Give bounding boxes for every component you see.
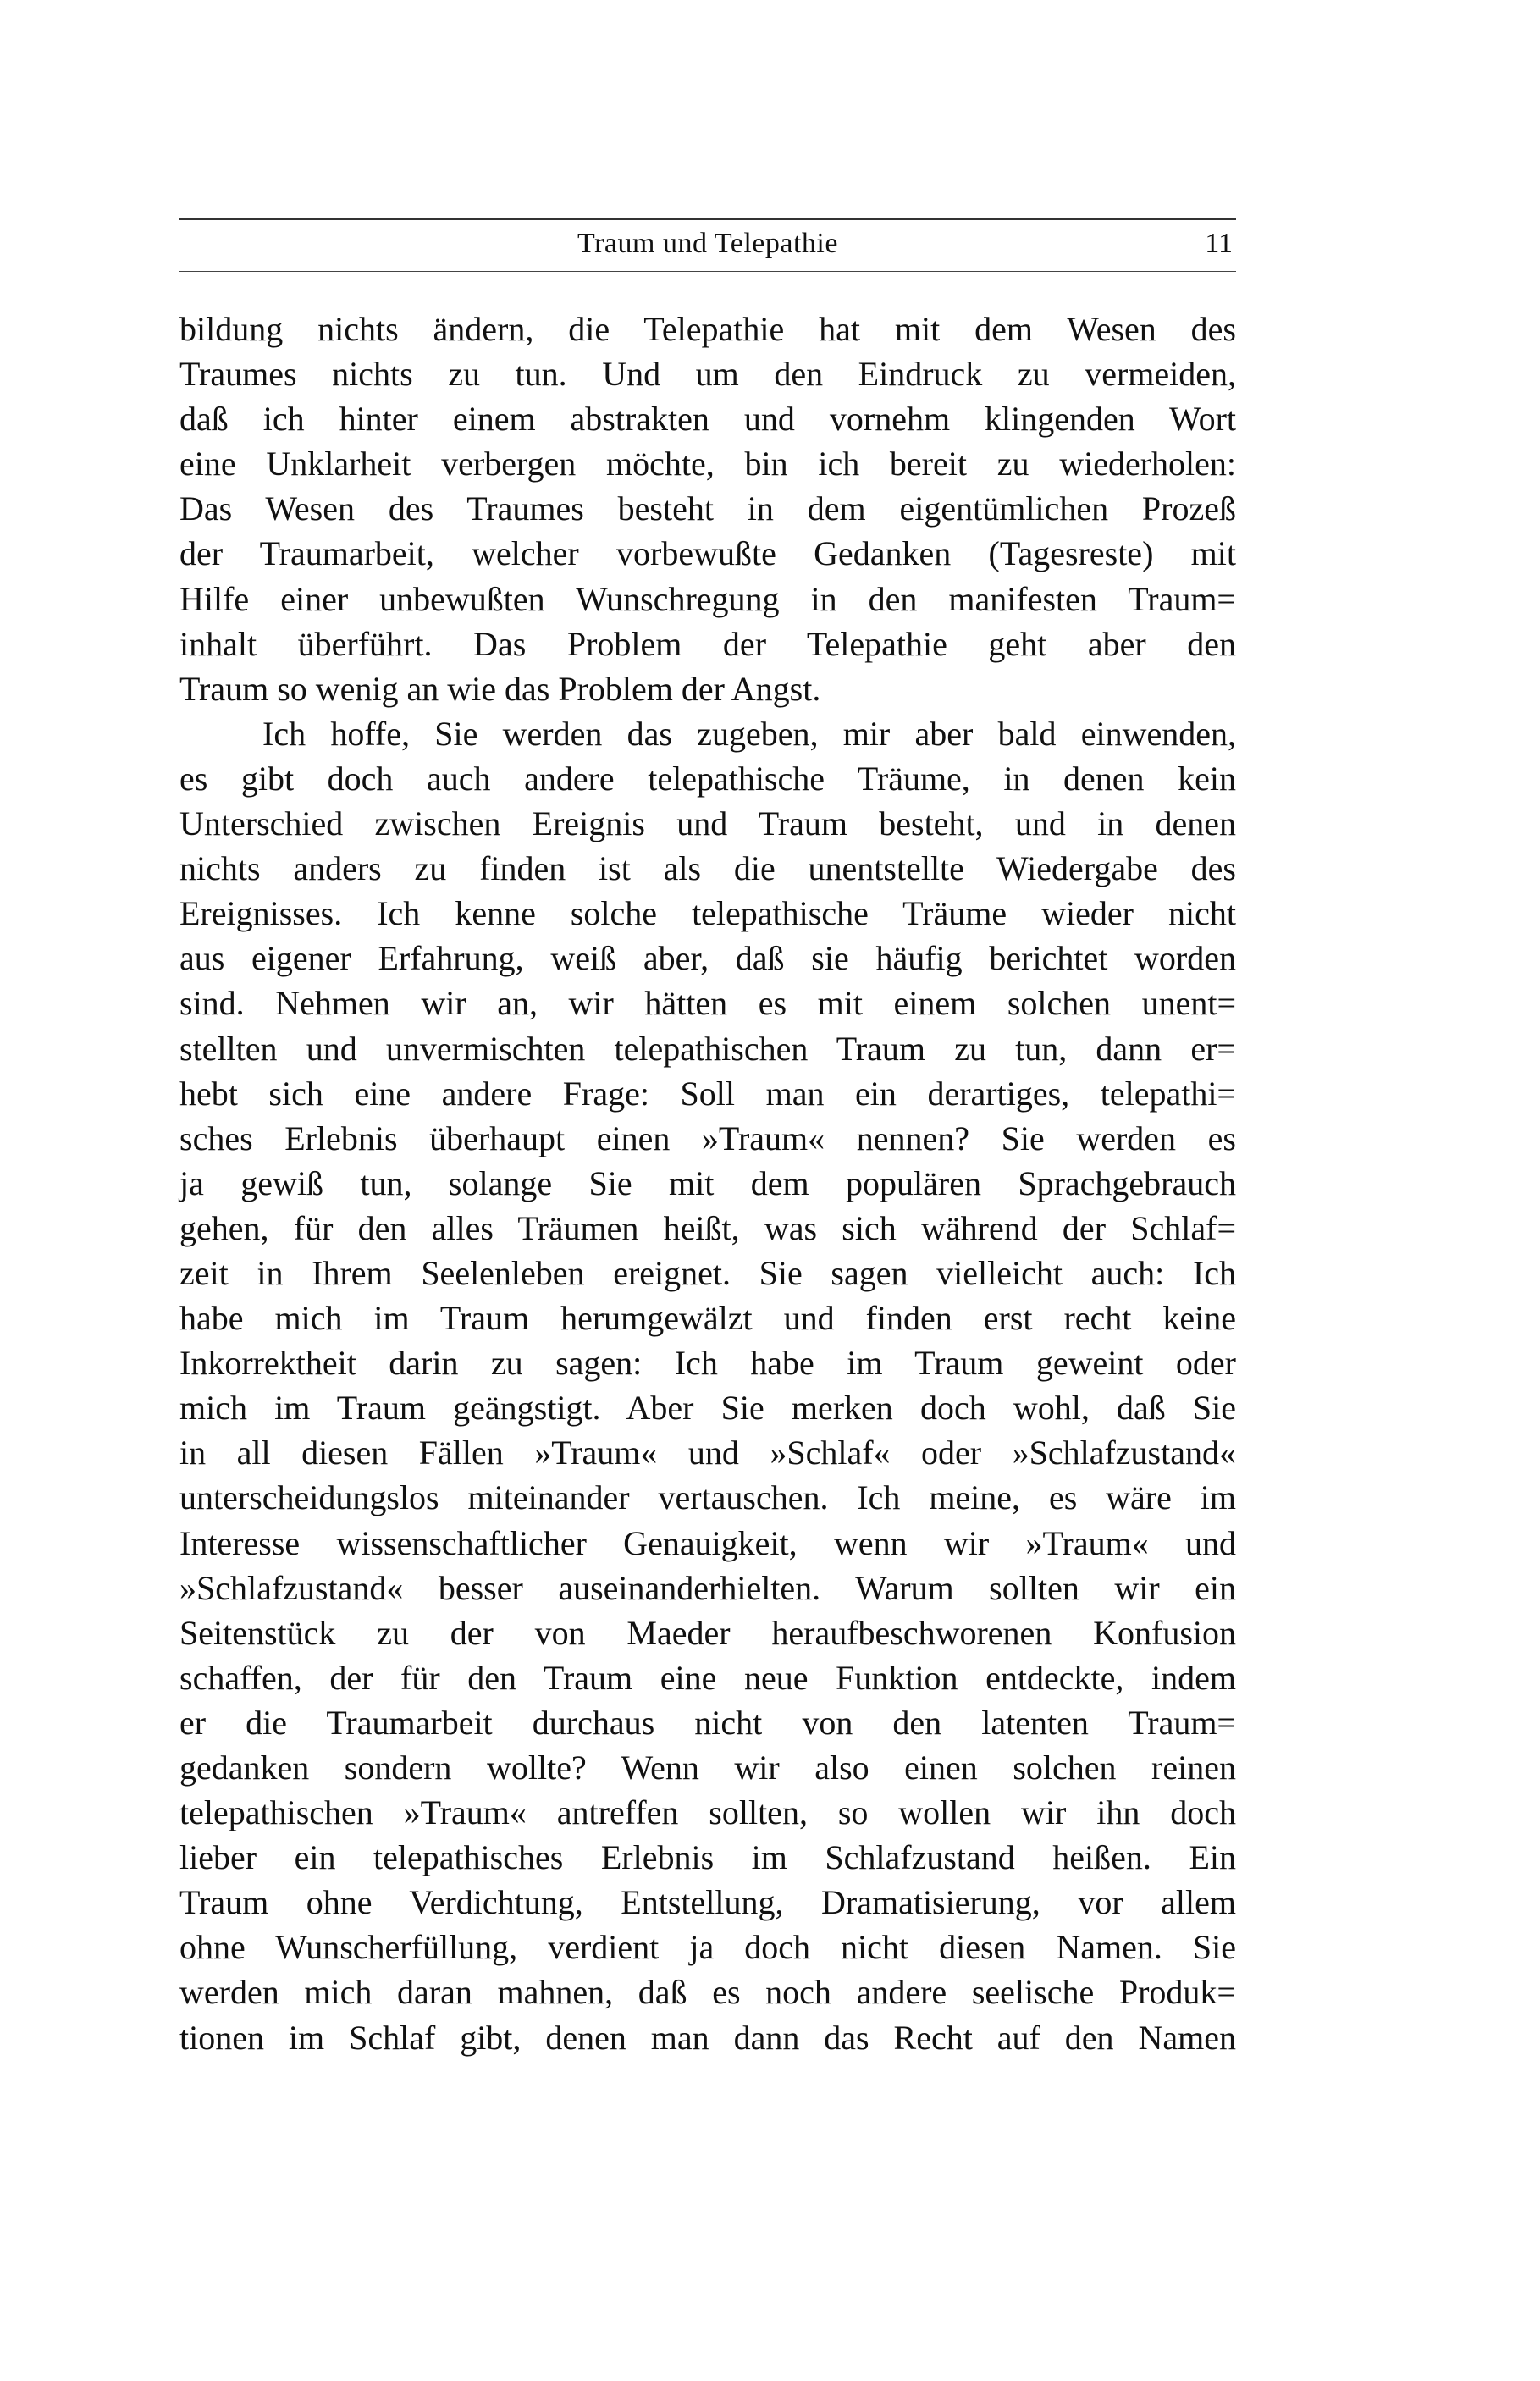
text-line: aus eigener Erfahrung, weiß aber, daß si…	[179, 936, 1236, 981]
text-line: ja gewiß tun, solange Sie mit dem populä…	[179, 1161, 1236, 1206]
text-line: lieber ein telepathisches Erlebnis im Sc…	[179, 1835, 1236, 1880]
text-line: hebt sich eine andere Frage: Soll man ei…	[179, 1071, 1236, 1116]
text-line: schaffen, der für den Traum eine neue Fu…	[179, 1655, 1236, 1700]
paragraph-1: bildung nichts ändern, die Telepathie ha…	[179, 307, 1236, 711]
text-line: stellten und unvermischten telepathische…	[179, 1026, 1236, 1071]
text-line: eine Unklarheit verbergen möchte, bin ic…	[179, 441, 1236, 486]
header-rule-bottom	[179, 271, 1236, 272]
text-line: sind. Nehmen wir an, wir hätten es mit e…	[179, 981, 1236, 1025]
text-line: zeit in Ihrem Seelenleben ereignet. Sie …	[179, 1251, 1236, 1295]
body-text: bildung nichts ändern, die Telepathie ha…	[179, 307, 1236, 2060]
text-line: Traumes nichts zu tun. Und um den Eindru…	[179, 351, 1236, 396]
text-line: in all diesen Fällen »Traum« und »Schlaf…	[179, 1430, 1236, 1475]
text-line: es gibt doch auch andere telepathische T…	[179, 756, 1236, 801]
text-line: mich im Traum geängstigt. Aber Sie merke…	[179, 1385, 1236, 1430]
text-line: gehen, für den alles Träumen heißt, was …	[179, 1206, 1236, 1251]
text-line: Traum ohne Verdichtung, Entstellung, Dra…	[179, 1880, 1236, 1925]
text-line: unterscheidungslos miteinander vertausch…	[179, 1475, 1236, 1520]
text-line: daß ich hinter einem abstrakten und vorn…	[179, 396, 1236, 441]
text-line: gedanken sondern wollte? Wenn wir also e…	[179, 1745, 1236, 1790]
text-line: Ich hoffe, Sie werden das zugeben, mir a…	[179, 711, 1236, 756]
running-title: Traum und Telepathie	[179, 225, 1236, 262]
header-rule-top	[179, 218, 1236, 220]
page-number: 11	[1205, 225, 1233, 262]
paragraph-2: Ich hoffe, Sie werden das zugeben, mir a…	[179, 711, 1236, 2060]
text-line: sches Erlebnis überhaupt einen »Traum« n…	[179, 1116, 1236, 1161]
text-line: ohne Wunscherfüllung, verdient ja doch n…	[179, 1925, 1236, 1969]
text-line: habe mich im Traum herumgewälzt und find…	[179, 1295, 1236, 1340]
text-line: werden mich daran mahnen, daß es noch an…	[179, 1969, 1236, 2014]
text-line: Das Wesen des Traumes besteht in dem eig…	[179, 486, 1236, 531]
text-line: Hilfe einer unbewußten Wunschregung in d…	[179, 577, 1236, 621]
text-line: telepathischen »Traum« antreffen sollten…	[179, 1790, 1236, 1835]
text-line: Traum so wenig an wie das Problem der An…	[179, 666, 1236, 711]
text-line: Interesse wissenschaftlicher Genauigkeit…	[179, 1521, 1236, 1566]
text-line: bildung nichts ändern, die Telepathie ha…	[179, 307, 1236, 351]
text-line: Unterschied zwischen Ereignis und Traum …	[179, 801, 1236, 846]
text-line: er die Traumarbeit durchaus nicht von de…	[179, 1700, 1236, 1745]
text-line: »Schlafzustand« besser auseinanderhielte…	[179, 1566, 1236, 1610]
text-line: tionen im Schlaf gibt, denen man dann da…	[179, 2015, 1236, 2060]
text-line: Seitenstück zu der von Maeder heraufbesc…	[179, 1610, 1236, 1655]
text-line: Inkorrektheit darin zu sagen: Ich habe i…	[179, 1340, 1236, 1385]
text-line: Ereignisses. Ich kenne solche telepathis…	[179, 891, 1236, 936]
text-line: nichts anders zu finden ist als die unen…	[179, 846, 1236, 891]
text-line: der Traumarbeit, welcher vorbewußte Geda…	[179, 531, 1236, 576]
running-head: Traum und Telepathie 11	[179, 225, 1236, 262]
text-line: inhalt überführt. Das Problem der Telepa…	[179, 621, 1236, 666]
